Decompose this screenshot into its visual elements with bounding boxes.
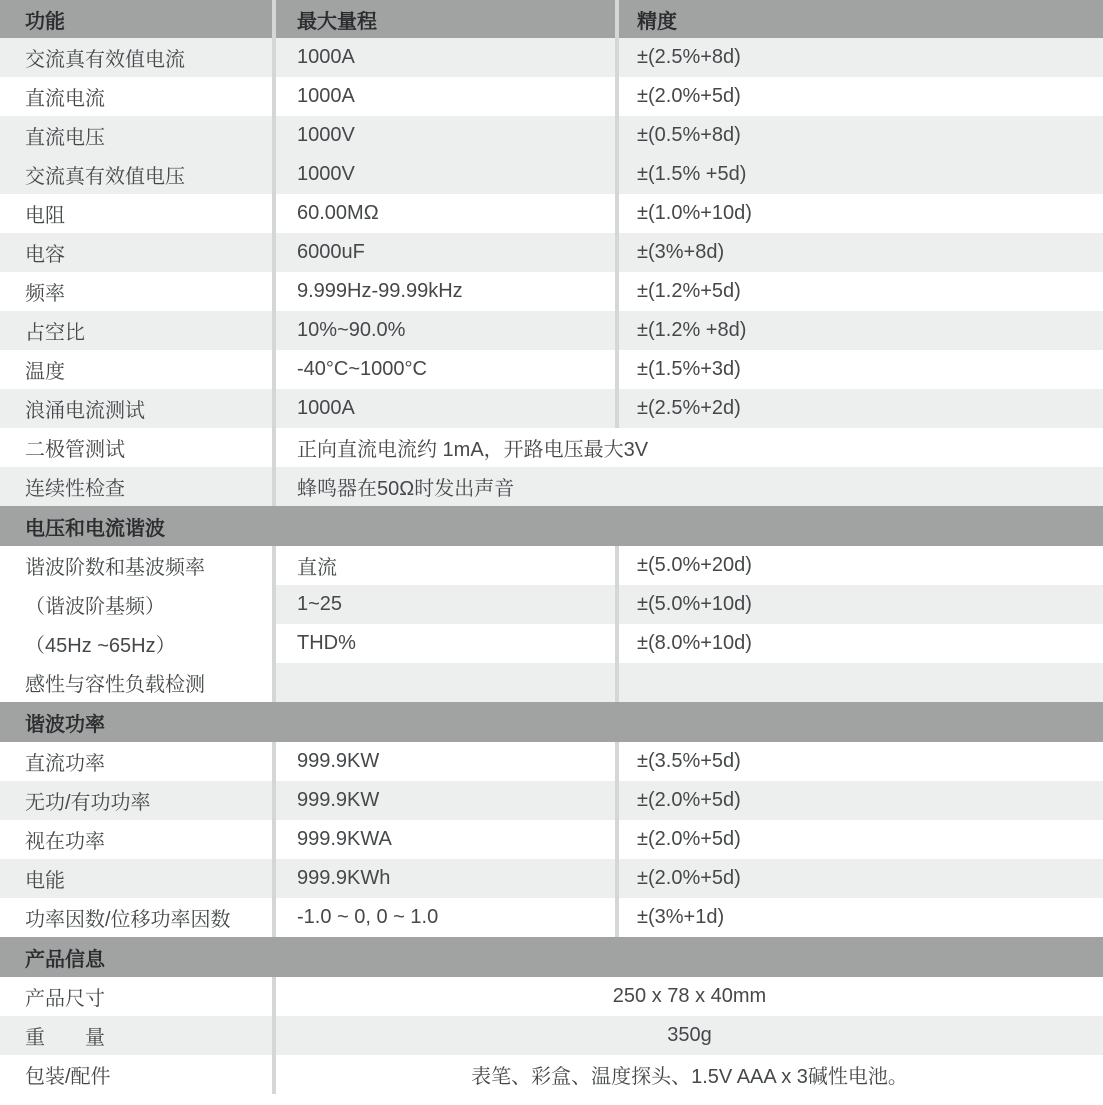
merged-value-cell: 正向直流电流约 1mA，开路电压最大3V (272, 428, 1103, 467)
accuracy-cell: ±(3.5%+5d) (615, 742, 1103, 781)
section-band: 产品信息 (0, 937, 1103, 977)
column-header-row: 功能最大量程精度 (0, 0, 1103, 38)
accuracy-cell: ±(1.2%+5d) (615, 272, 1103, 311)
section-band: 电压和电流谐波 (0, 506, 1103, 546)
merged-value-cell: 350g (272, 1016, 1103, 1055)
range-cell: 6000uF (272, 233, 615, 272)
range-cell: -1.0 ~ 0, 0 ~ 1.0 (272, 898, 615, 937)
harmonics-subrow: 直流±(5.0%+20d) (272, 546, 1103, 585)
accuracy-cell: ±(3%+8d) (615, 233, 1103, 272)
harmonics-group: 谐波阶数和基波频率（谐波阶基频）（45Hz ~65Hz）感性与容性负载检测直流±… (0, 546, 1103, 702)
range-cell: 1~25 (272, 585, 615, 624)
function-cell: 连续性检查 (0, 467, 272, 506)
spec-row: 电容6000uF±(3%+8d) (0, 233, 1103, 272)
accuracy-cell: ±(2.0%+5d) (615, 820, 1103, 859)
accuracy-cell: ±(2.0%+5d) (615, 859, 1103, 898)
range-cell: 1000A (272, 77, 615, 116)
spec-row-merged: 重 量350g (0, 1016, 1103, 1055)
range-cell: 1000A (272, 38, 615, 77)
accuracy-cell: ±(3%+1d) (615, 898, 1103, 937)
spec-row-merged: 产品尺寸250 x 78 x 40mm (0, 977, 1103, 1016)
function-cell: 温度 (0, 350, 272, 389)
spec-row: 温度-40°C~1000°C±(1.5%+3d) (0, 350, 1103, 389)
function-cell: 电阻 (0, 194, 272, 233)
function-cell: 功率因数/位移功率因数 (0, 898, 272, 937)
range-cell: 1000V (272, 116, 615, 155)
spec-row: 交流真有效值电压1000V±(1.5% +5d) (0, 155, 1103, 194)
spec-row: 功率因数/位移功率因数-1.0 ~ 0, 0 ~ 1.0±(3%+1d) (0, 898, 1103, 937)
accuracy-cell: ±(2.5%+2d) (615, 389, 1103, 428)
spec-row: 占空比10%~90.0%±(1.2% +8d) (0, 311, 1103, 350)
harmonics-subrow: 1~25±(5.0%+10d) (272, 585, 1103, 624)
spec-row: 频率9.999Hz-99.99kHz±(1.2%+5d) (0, 272, 1103, 311)
range-cell: 999.9KWh (272, 859, 615, 898)
spec-row: 直流功率999.9KW±(3.5%+5d) (0, 742, 1103, 781)
harmonics-subrow: THD%±(8.0%+10d) (272, 624, 1103, 663)
column-header-accuracy: 精度 (615, 0, 1103, 38)
function-cell: 浪涌电流测试 (0, 389, 272, 428)
merged-value-cell: 250 x 78 x 40mm (272, 977, 1103, 1016)
spec-row: 视在功率999.9KWA±(2.0%+5d) (0, 820, 1103, 859)
range-cell: 直流 (272, 546, 615, 585)
range-cell: 9.999Hz-99.99kHz (272, 272, 615, 311)
spec-row-merged: 包装/配件表笔、彩盒、温度探头、1.5V AAA x 3碱性电池。 (0, 1055, 1103, 1094)
range-cell (272, 663, 615, 702)
range-cell: 10%~90.0% (272, 311, 615, 350)
accuracy-cell: ±(1.0%+10d) (615, 194, 1103, 233)
accuracy-cell: ±(1.2% +8d) (615, 311, 1103, 350)
accuracy-cell: ±(1.5% +5d) (615, 155, 1103, 194)
accuracy-cell: ±(5.0%+10d) (615, 585, 1103, 624)
range-cell: 999.9KWA (272, 820, 615, 859)
function-cell: 交流真有效值电压 (0, 155, 272, 194)
column-header-function: 功能 (0, 0, 272, 38)
section-title: 谐波功率 (25, 708, 105, 737)
function-cell: 直流功率 (0, 742, 272, 781)
merged-value-cell: 表笔、彩盒、温度探头、1.5V AAA x 3碱性电池。 (272, 1055, 1103, 1094)
spec-row-merged: 二极管测试正向直流电流约 1mA，开路电压最大3V (0, 428, 1103, 467)
accuracy-cell: ±(5.0%+20d) (615, 546, 1103, 585)
column-header-range: 最大量程 (272, 0, 615, 38)
spec-row: 直流电压1000V±(0.5%+8d) (0, 116, 1103, 155)
accuracy-cell (615, 663, 1103, 702)
spec-row: 直流电流1000A±(2.0%+5d) (0, 77, 1103, 116)
spec-row: 电阻60.00MΩ±(1.0%+10d) (0, 194, 1103, 233)
section-title: 电压和电流谐波 (25, 512, 165, 541)
function-cell: 电能 (0, 859, 272, 898)
harmonics-label-line: 谐波阶数和基波频率 (25, 546, 272, 585)
accuracy-cell: ±(8.0%+10d) (615, 624, 1103, 663)
function-cell: 重 量 (0, 1016, 272, 1055)
range-cell: THD% (272, 624, 615, 663)
harmonics-label-line: （谐波阶基频） (25, 585, 272, 624)
function-cell: 包装/配件 (0, 1055, 272, 1094)
spec-row: 浪涌电流测试1000A±(2.5%+2d) (0, 389, 1103, 428)
section-title: 产品信息 (25, 943, 105, 972)
function-cell: 无功/有功功率 (0, 781, 272, 820)
function-cell: 频率 (0, 272, 272, 311)
spec-row: 无功/有功功率999.9KW±(2.0%+5d) (0, 781, 1103, 820)
section-band: 谐波功率 (0, 702, 1103, 742)
range-cell: 1000V (272, 155, 615, 194)
harmonics-subrows: 直流±(5.0%+20d)1~25±(5.0%+10d)THD%±(8.0%+1… (272, 546, 1103, 702)
spec-table: 功能最大量程精度交流真有效值电流1000A±(2.5%+8d)直流电流1000A… (0, 0, 1103, 1094)
function-cell: 二极管测试 (0, 428, 272, 467)
function-cell: 直流电压 (0, 116, 272, 155)
accuracy-cell: ±(2.0%+5d) (615, 781, 1103, 820)
spec-row: 电能999.9KWh±(2.0%+5d) (0, 859, 1103, 898)
spec-row-merged: 连续性检查蜂鸣器在50Ω时发出声音 (0, 467, 1103, 506)
harmonics-subrow (272, 663, 1103, 702)
function-cell: 占空比 (0, 311, 272, 350)
function-cell: 电容 (0, 233, 272, 272)
accuracy-cell: ±(2.0%+5d) (615, 77, 1103, 116)
harmonics-label-cell: 谐波阶数和基波频率（谐波阶基频）（45Hz ~65Hz）感性与容性负载检测 (0, 546, 272, 702)
function-cell: 产品尺寸 (0, 977, 272, 1016)
function-cell: 直流电流 (0, 77, 272, 116)
range-cell: -40°C~1000°C (272, 350, 615, 389)
spec-row: 交流真有效值电流1000A±(2.5%+8d) (0, 38, 1103, 77)
accuracy-cell: ±(2.5%+8d) (615, 38, 1103, 77)
range-cell: 999.9KW (272, 742, 615, 781)
accuracy-cell: ±(1.5%+3d) (615, 350, 1103, 389)
range-cell: 1000A (272, 389, 615, 428)
merged-value-cell: 蜂鸣器在50Ω时发出声音 (272, 467, 1103, 506)
harmonics-label-line: （45Hz ~65Hz） (25, 624, 272, 663)
function-cell: 视在功率 (0, 820, 272, 859)
harmonics-label-line: 感性与容性负载检测 (25, 663, 272, 702)
function-cell: 交流真有效值电流 (0, 38, 272, 77)
range-cell: 999.9KW (272, 781, 615, 820)
accuracy-cell: ±(0.5%+8d) (615, 116, 1103, 155)
range-cell: 60.00MΩ (272, 194, 615, 233)
